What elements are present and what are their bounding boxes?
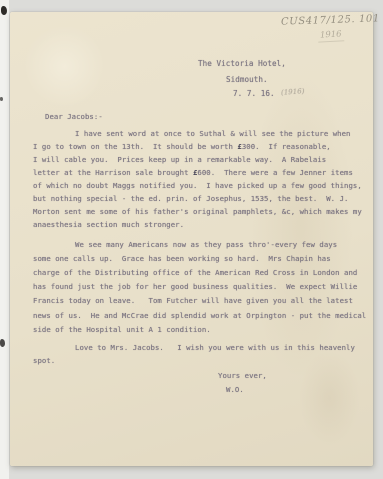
letter-line: news of us. He and McCrae did splendid w… — [33, 311, 366, 321]
letter-line: Francis today on leave. Tom Futcher will… — [33, 296, 353, 306]
letter-line: of which no doubt Maggs notified you. I … — [33, 181, 362, 191]
closing: Yours ever, — [218, 371, 267, 381]
signature: W.O. — [226, 385, 244, 395]
letter-line: letter at the Harrison sale brought £600… — [33, 168, 353, 178]
letter-line: I go to town on the 13th. It should be w… — [33, 142, 331, 152]
letter-scan-page: { "annotations": { "archive_ref": "CUS41… — [0, 0, 383, 479]
letterhead-date: 7. 7. 16. — [233, 89, 275, 98]
letter-line: spot. — [33, 356, 55, 366]
letter-line: I will cable you. Prices keep up in a re… — [33, 155, 326, 165]
scan-speck — [0, 339, 5, 347]
letter-line: anaesthesia section much stronger. — [33, 220, 184, 230]
pound-sign-ink: £ — [193, 168, 197, 177]
letter-paper — [10, 12, 373, 466]
letter-line: some one calls up. Grace has been workin… — [33, 254, 331, 264]
letter-line: charge of the Distributing office of the… — [33, 268, 357, 278]
letter-line: We see many Americans now as they pass t… — [75, 240, 337, 250]
letter-line: but nothing special - the ed. prin. of J… — [33, 194, 348, 204]
scan-edge — [0, 0, 9, 479]
year-annotation: 1916 — [318, 29, 344, 42]
letter-line: Morton sent me some of his father's orig… — [33, 207, 362, 217]
letter-line: has found just the job for her good busi… — [33, 282, 357, 292]
letterhead-date-line: 7. 7. 16.(1916) — [233, 89, 304, 99]
letterhead-hotel: The Victoria Hotel, — [198, 59, 286, 69]
scan-speck — [1, 6, 7, 15]
scan-speck — [0, 97, 3, 101]
date-annotation: (1916) — [280, 86, 304, 98]
letter-line: side of the Hospital unit A 1 condition. — [33, 325, 211, 335]
salutation: Dear Jacobs:- — [45, 112, 103, 122]
letter-line: I have sent word at once to Suthal & wil… — [75, 129, 350, 139]
letter-line: Love to Mrs. Jacobs. I wish you were wit… — [75, 343, 355, 353]
pound-sign-ink: £ — [237, 142, 241, 151]
letterhead-town: Sidmouth. — [226, 75, 268, 85]
